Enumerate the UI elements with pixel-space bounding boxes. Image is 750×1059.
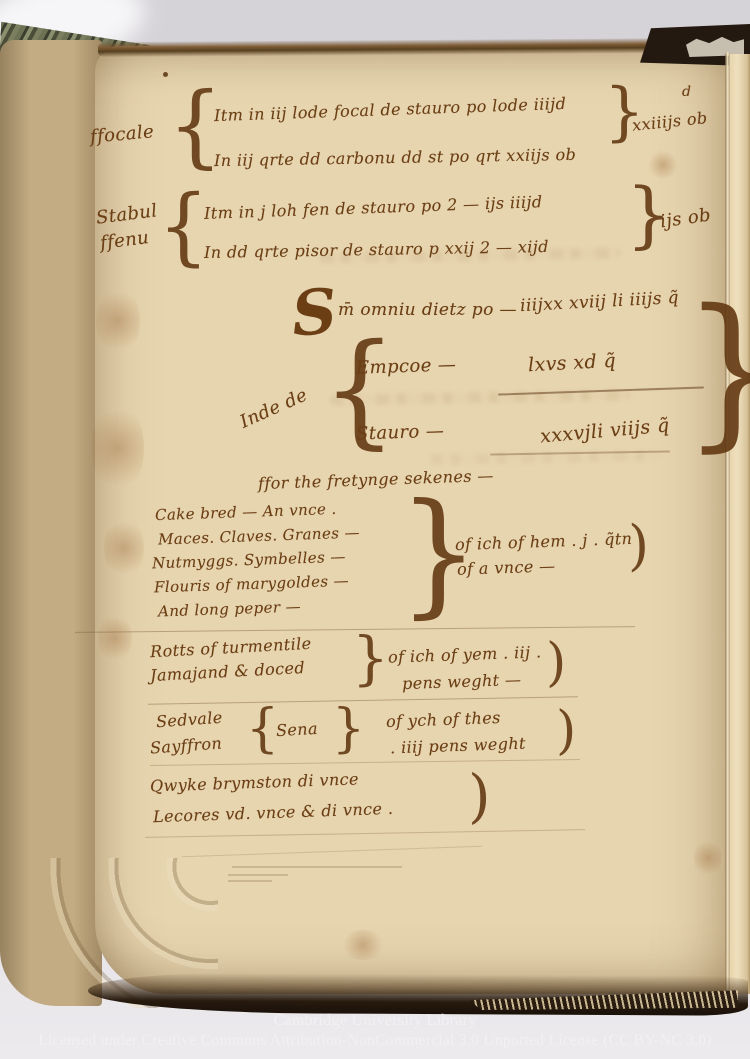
foxing-spot: [98, 612, 132, 664]
summary-closing-brace: }: [682, 296, 750, 445]
dose-paren: ): [556, 708, 576, 755]
group-brace: {: [246, 706, 279, 753]
dose-paren: ): [628, 522, 649, 571]
dose-line: of a vnce —: [457, 556, 556, 578]
dose-paren: ): [546, 640, 566, 687]
entry-brace: {: [158, 188, 209, 264]
summary-row-amount: lxvs xd q̃: [527, 350, 616, 377]
caption-line-2: Licensed under Creative Commons Attribut…: [0, 1032, 750, 1050]
foxing-spot: [96, 286, 140, 356]
caption-line-1: Cambridge University Library: [0, 1012, 750, 1030]
ink-mark: [228, 880, 272, 882]
summary-row-label: Stauro —: [356, 420, 445, 444]
gutter-crease: [725, 52, 730, 992]
foxing-spot: [104, 516, 144, 580]
foxing-spot: [92, 400, 144, 496]
group-brace: }: [352, 632, 389, 684]
dose-line: of ych of thes: [386, 708, 501, 731]
foxing-spot: [694, 838, 722, 878]
dose-paren: ): [468, 770, 491, 822]
foxing-spot: [340, 930, 386, 960]
group-brace: }: [332, 706, 365, 753]
gutter-page-sliver: [729, 54, 750, 994]
ingredient-mid: Sena: [276, 719, 319, 740]
ink-mark: [232, 866, 402, 868]
manuscript-photo: ffocale { Itm in iij lode focal de staur…: [0, 0, 750, 1059]
summary-row-label: Empcoe —: [356, 354, 457, 378]
ink-mark: [228, 874, 288, 876]
amount-superscript: d: [682, 84, 691, 100]
